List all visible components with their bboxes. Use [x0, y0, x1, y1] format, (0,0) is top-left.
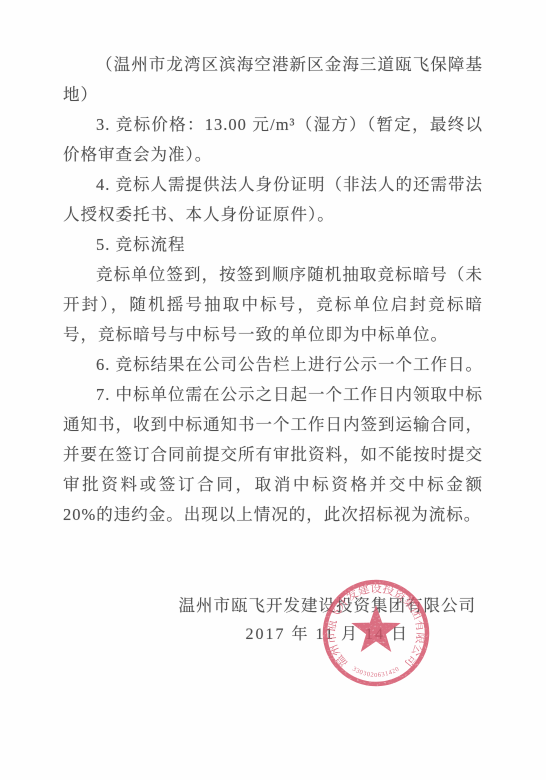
paragraph-winner-obligations: 7. 中标单位需在公示之日起一个工作日内领取中标通知书，收到中标通知书一个工作日… [63, 380, 483, 530]
signature-block: 温州市瓯飞开发建设投资集团有限公司 2017 年 11 月 14 日 [179, 592, 477, 644]
document-page: （温州市龙湾区滨海空港新区金海三道瓯飞保障基地） 3. 竞标价格：13.00 元… [0, 0, 546, 780]
paragraph-bid-price: 3. 竞标价格：13.00 元/m³（湿方）（暂定，最终以价格审查会为准）。 [63, 110, 483, 170]
signature-company-name: 温州市瓯飞开发建设投资集团有限公司 [179, 592, 477, 616]
signature-date: 2017 年 11 月 14 日 [179, 621, 477, 644]
seal-serial-number: 3303020631420 [351, 666, 401, 679]
paragraph-bid-process-heading: 5. 竞标流程 [63, 230, 483, 260]
location-note-line: （温州市龙湾区滨海空港新区金海三道瓯飞保障基地） [63, 50, 483, 110]
paragraph-result-announcement: 6. 竞标结果在公司公告栏上进行公示一个工作日。 [63, 350, 483, 380]
document-body: （温州市龙湾区滨海空港新区金海三道瓯飞保障基地） 3. 竞标价格：13.00 元… [63, 50, 483, 530]
paragraph-bid-process-detail: 竞标单位签到，按签到顺序随机抽取竞标暗号（未开封），随机摇号抽取中标号，竞标单位… [63, 260, 483, 350]
paragraph-identity-requirement: 4. 竞标人需提供法人身份证明（非法人的还需带法人授权委托书、本人身份证原件）。 [63, 170, 483, 230]
